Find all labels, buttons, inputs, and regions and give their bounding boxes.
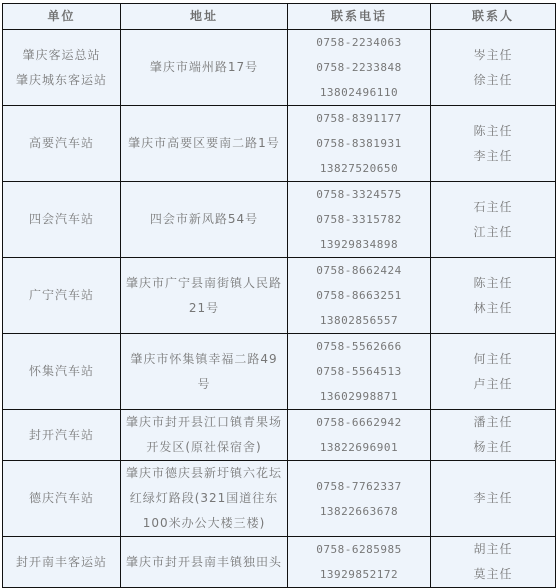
address-line: 肇庆市广宁县南街镇人民路 (125, 271, 283, 296)
address-line: 肇庆市封开县江口镇青果场 (125, 410, 283, 435)
unit-cell: 广宁汽车站 (3, 258, 121, 334)
phone-cell: 0758-86624240758-866325113802856557 (288, 258, 431, 334)
contact-line: 莫主任 (435, 562, 551, 587)
contact-line: 杨主任 (435, 435, 551, 460)
contact-line: 李主任 (435, 144, 551, 169)
phone-line: 13929852172 (292, 562, 426, 587)
table-row: 封开汽车站肇庆市封开县江口镇青果场开发区(原社保宿舍)0758-66629421… (3, 410, 556, 461)
address-line: 红绿灯路段(321国道往东 (125, 486, 283, 511)
address-cell: 四会市新风路54号 (121, 182, 288, 258)
address-line: 21号 (125, 296, 283, 321)
contacts-table: 单位 地址 联系电话 联系人 肇庆客运总站肇庆城东客运站肇庆市端州路17号075… (2, 3, 556, 588)
table-row: 封开南丰客运站肇庆市封开县南丰镇独田头0758-6285985139298521… (3, 537, 556, 588)
phone-cell: 0758-55626660758-556451313602998871 (288, 334, 431, 410)
table-row: 高要汽车站肇庆市高要区要南二路1号0758-83911770758-838193… (3, 106, 556, 182)
contact-line: 李主任 (435, 486, 551, 511)
phone-line: 13802856557 (292, 308, 426, 333)
address-cell: 肇庆市怀集镇幸福二路49号 (121, 334, 288, 410)
address-line: 肇庆市德庆县新圩镇六花坛 (125, 461, 283, 486)
phone-line: 13602998871 (292, 384, 426, 409)
contact-cell: 胡主任莫主任 (431, 537, 556, 588)
contact-line: 江主任 (435, 220, 551, 245)
phone-cell: 0758-33245750758-331578213929834898 (288, 182, 431, 258)
table-row: 肇庆客运总站肇庆城东客运站肇庆市端州路17号0758-22340630758-2… (3, 30, 556, 106)
phone-line: 0758-2233848 (292, 55, 426, 80)
contact-cell: 岑主任徐主任 (431, 30, 556, 106)
unit-line: 肇庆客运总站 (7, 43, 116, 68)
address-cell: 肇庆市封开县江口镇青果场开发区(原社保宿舍) (121, 410, 288, 461)
address-line: 肇庆市怀集镇幸福二路49号 (125, 347, 283, 397)
unit-line: 德庆汽车站 (7, 486, 116, 511)
contact-line: 石主任 (435, 195, 551, 220)
unit-cell: 德庆汽车站 (3, 461, 121, 537)
address-cell: 肇庆市广宁县南街镇人民路21号 (121, 258, 288, 334)
table-row: 怀集汽车站肇庆市怀集镇幸福二路49号0758-55626660758-55645… (3, 334, 556, 410)
contact-line: 卢主任 (435, 372, 551, 397)
phone-line: 0758-8391177 (292, 106, 426, 131)
phone-line: 0758-8663251 (292, 283, 426, 308)
phone-line: 13929834898 (292, 232, 426, 257)
unit-cell: 高要汽车站 (3, 106, 121, 182)
address-line: 肇庆市封开县南丰镇独田头 (125, 550, 283, 575)
table-row: 四会汽车站四会市新风路54号0758-33245750758-331578213… (3, 182, 556, 258)
contact-cell: 石主任江主任 (431, 182, 556, 258)
contact-cell: 何主任卢主任 (431, 334, 556, 410)
address-cell: 肇庆市端州路17号 (121, 30, 288, 106)
contact-line: 林主任 (435, 296, 551, 321)
contact-line: 潘主任 (435, 410, 551, 435)
address-cell: 肇庆市封开县南丰镇独田头 (121, 537, 288, 588)
address-cell: 肇庆市高要区要南二路1号 (121, 106, 288, 182)
contact-line: 陈主任 (435, 119, 551, 144)
phone-line: 0758-6662942 (292, 410, 426, 435)
table-body: 肇庆客运总站肇庆城东客运站肇庆市端州路17号0758-22340630758-2… (3, 30, 556, 588)
contact-line: 陈主任 (435, 271, 551, 296)
contact-line: 岑主任 (435, 43, 551, 68)
contact-cell: 潘主任杨主任 (431, 410, 556, 461)
address-line: 100米办公大楼三楼) (125, 511, 283, 536)
phone-line: 0758-6285985 (292, 537, 426, 562)
unit-line: 肇庆城东客运站 (7, 68, 116, 93)
phone-line: 0758-2234063 (292, 30, 426, 55)
phone-cell: 0758-628598513929852172 (288, 537, 431, 588)
unit-cell: 怀集汽车站 (3, 334, 121, 410)
phone-line: 13822663678 (292, 499, 426, 524)
header-unit: 单位 (3, 4, 121, 30)
address-line: 肇庆市高要区要南二路1号 (125, 131, 283, 156)
phone-cell: 0758-83911770758-838193113827520650 (288, 106, 431, 182)
phone-line: 0758-7762337 (292, 474, 426, 499)
contact-line: 何主任 (435, 347, 551, 372)
unit-cell: 四会汽车站 (3, 182, 121, 258)
address-line: 四会市新风路54号 (125, 207, 283, 232)
unit-cell: 封开南丰客运站 (3, 537, 121, 588)
table-row: 德庆汽车站肇庆市德庆县新圩镇六花坛红绿灯路段(321国道往东100米办公大楼三楼… (3, 461, 556, 537)
unit-line: 怀集汽车站 (7, 359, 116, 384)
unit-line: 广宁汽车站 (7, 283, 116, 308)
header-address: 地址 (121, 4, 288, 30)
phone-line: 0758-8381931 (292, 131, 426, 156)
unit-line: 封开南丰客运站 (7, 550, 116, 575)
phone-cell: 0758-776233713822663678 (288, 461, 431, 537)
unit-line: 高要汽车站 (7, 131, 116, 156)
address-line: 肇庆市端州路17号 (125, 55, 283, 80)
phone-line: 0758-3315782 (292, 207, 426, 232)
contact-cell: 陈主任李主任 (431, 106, 556, 182)
phone-line: 13827520650 (292, 156, 426, 181)
phone-line: 0758-3324575 (292, 182, 426, 207)
phone-cell: 0758-666294213822696901 (288, 410, 431, 461)
unit-cell: 封开汽车站 (3, 410, 121, 461)
address-cell: 肇庆市德庆县新圩镇六花坛红绿灯路段(321国道往东100米办公大楼三楼) (121, 461, 288, 537)
phone-line: 0758-5564513 (292, 359, 426, 384)
phone-line: 0758-5562666 (292, 334, 426, 359)
contact-line: 胡主任 (435, 537, 551, 562)
header-phone: 联系电话 (288, 4, 431, 30)
unit-line: 四会汽车站 (7, 207, 116, 232)
phone-line: 0758-8662424 (292, 258, 426, 283)
phone-line: 13802496110 (292, 80, 426, 105)
address-line: 开发区(原社保宿舍) (125, 435, 283, 460)
phone-cell: 0758-22340630758-223384813802496110 (288, 30, 431, 106)
header-contact: 联系人 (431, 4, 556, 30)
contact-cell: 李主任 (431, 461, 556, 537)
unit-cell: 肇庆客运总站肇庆城东客运站 (3, 30, 121, 106)
table-header-row: 单位 地址 联系电话 联系人 (3, 4, 556, 30)
table-row: 广宁汽车站肇庆市广宁县南街镇人民路21号0758-86624240758-866… (3, 258, 556, 334)
contact-cell: 陈主任林主任 (431, 258, 556, 334)
contact-line: 徐主任 (435, 68, 551, 93)
phone-line: 13822696901 (292, 435, 426, 460)
unit-line: 封开汽车站 (7, 423, 116, 448)
